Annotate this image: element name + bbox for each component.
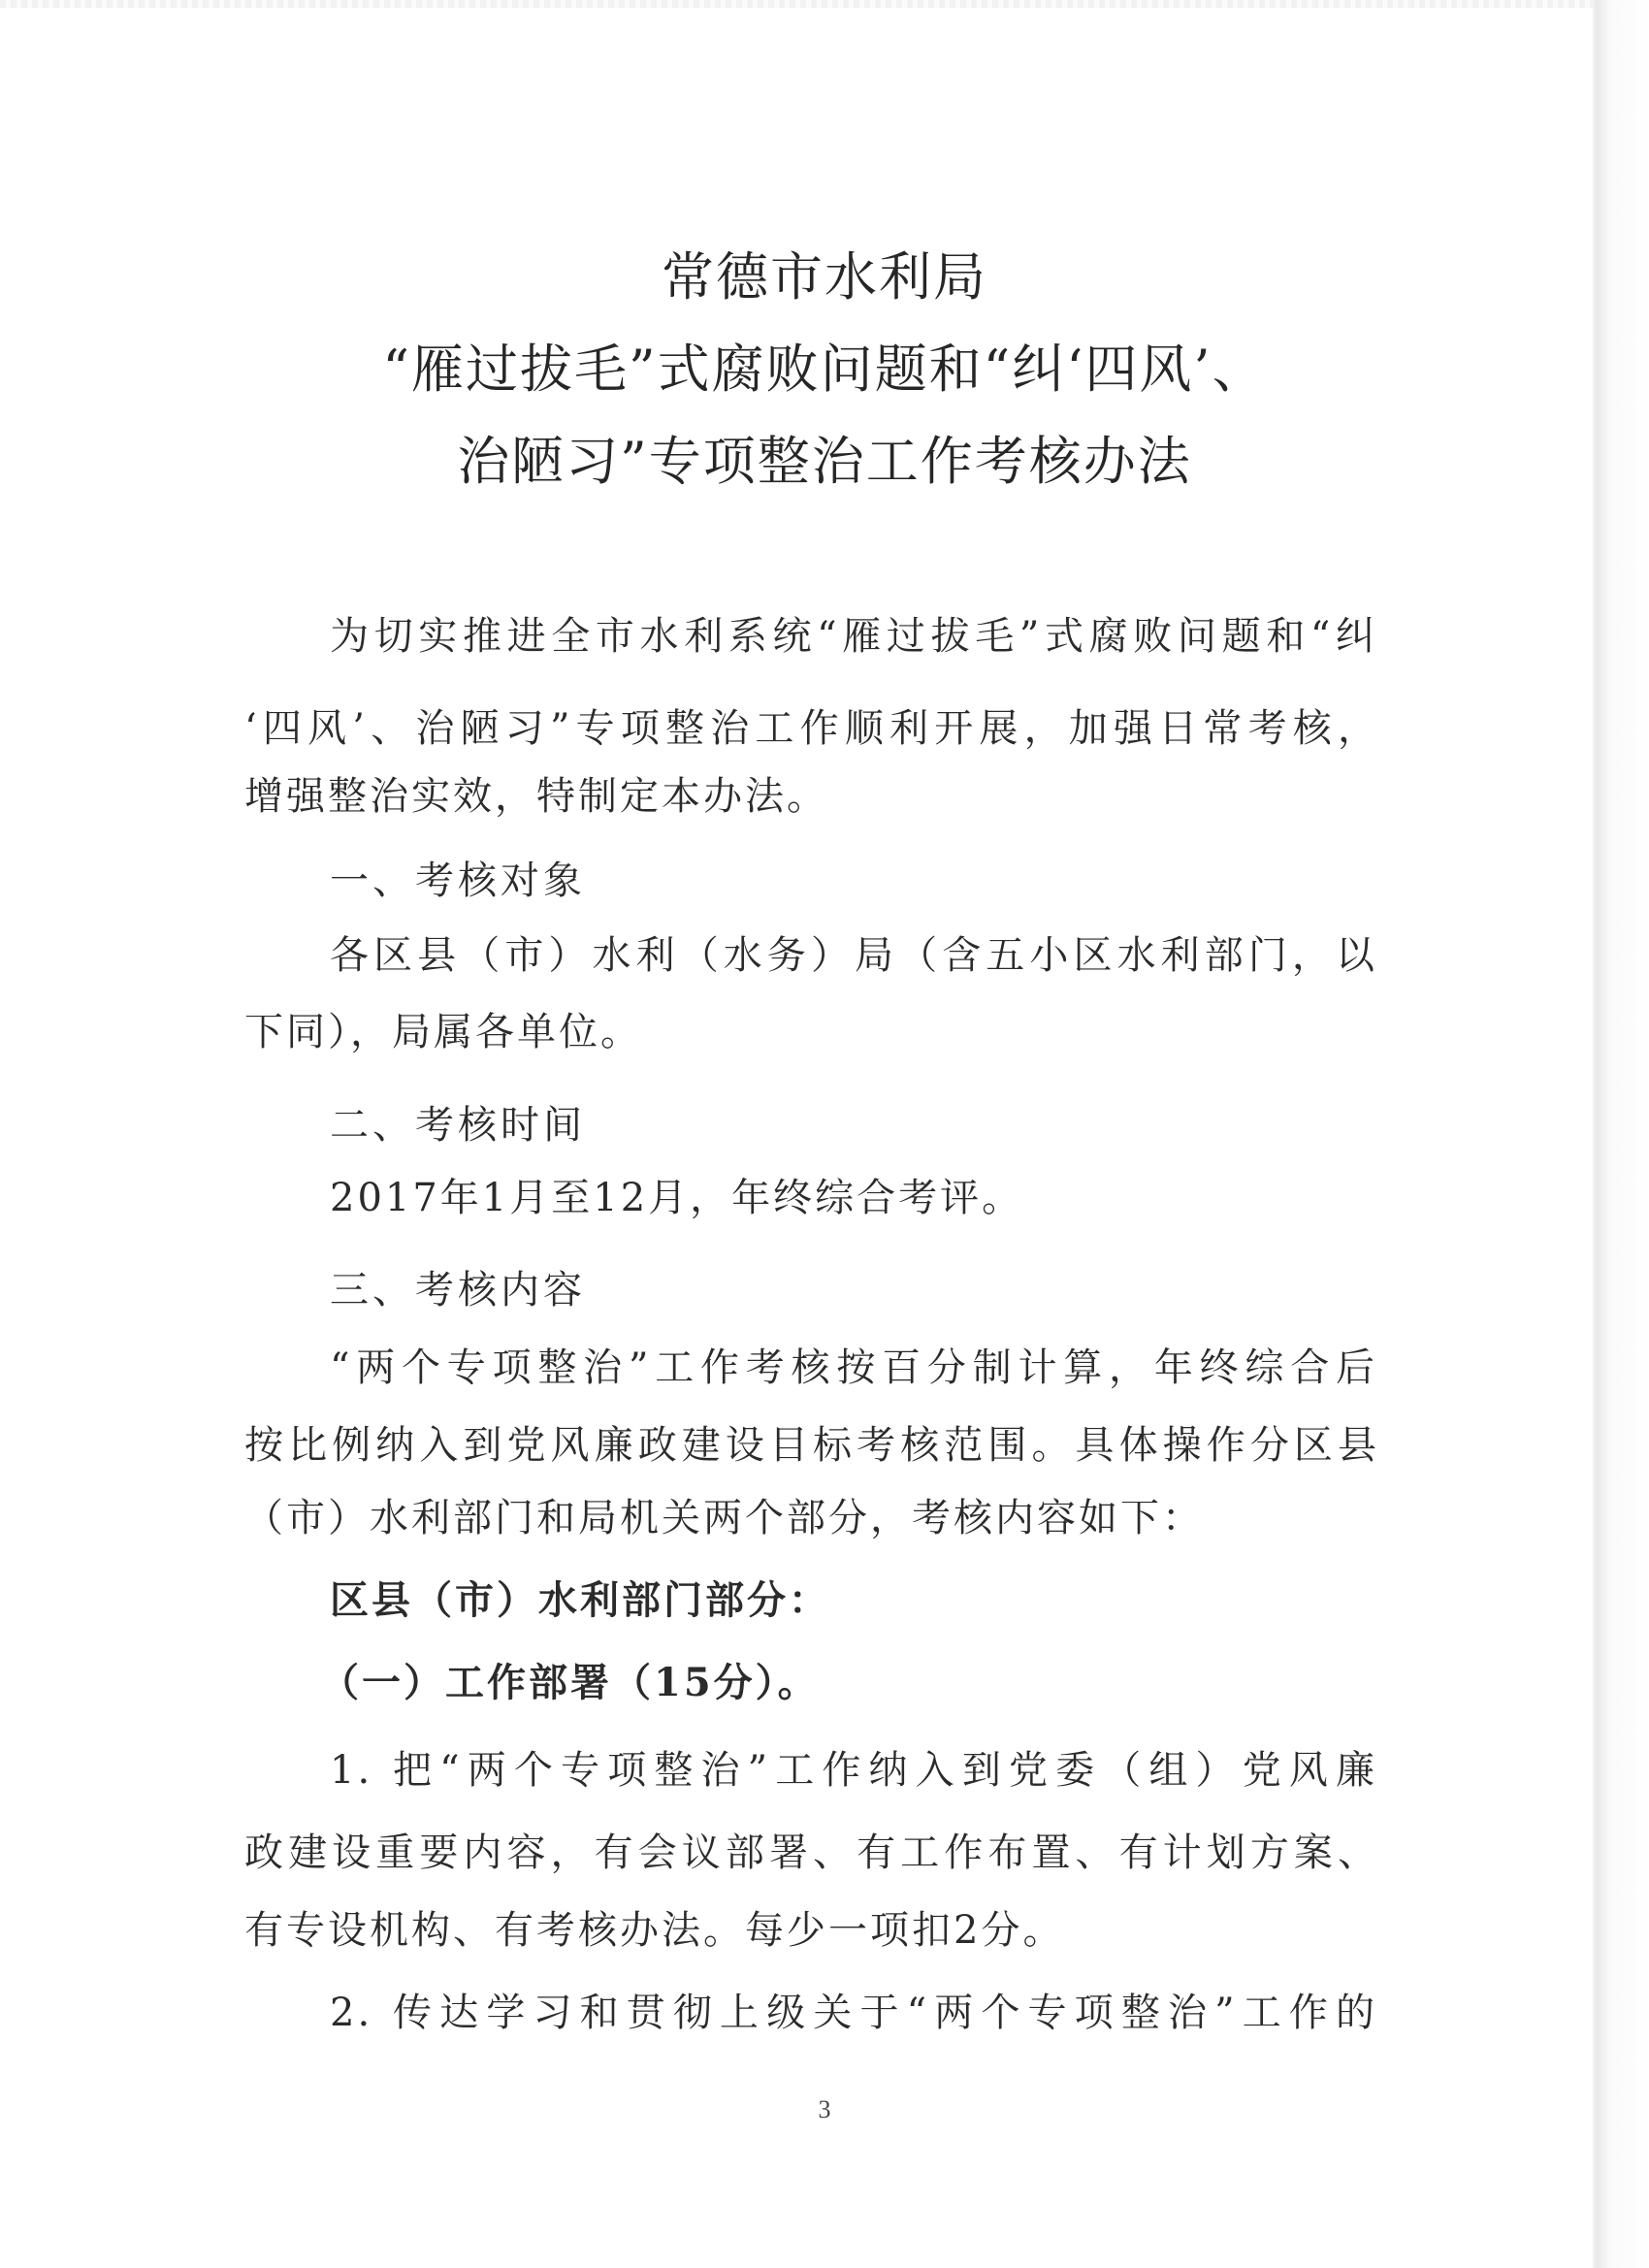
item1-line-2: 政建设重要内容，有会议部署、有工作布置、有计划方案、	[244, 1830, 1379, 1876]
item-heading-work-deployment: （一）工作部署（15分）。	[320, 1660, 1368, 1706]
title-line-1: 常德市水利局	[0, 231, 1649, 323]
section3-line-3: （市）水利部门和局机关两个部分，考核内容如下：	[244, 1495, 1379, 1541]
section-heading-2: 二、考核时间	[330, 1102, 1377, 1149]
document-title: 常德市水利局 “雁过拔毛”式腐败问题和“纠‘四风’、 治陋习”专项整治工作考核办…	[0, 231, 1649, 507]
scan-edge-top	[0, 0, 1600, 8]
section1-line-2: 下同），局属各单位。	[244, 1009, 1379, 1055]
item2-line-1: 2. 传达学习和贯彻上级关于“两个专项整治”工作的	[330, 1990, 1377, 2036]
intro-line-1: 为切实推进全市水利系统“雁过拔毛”式腐败问题和“纠	[330, 613, 1377, 660]
item1-line-3: 有专设机构、有考核办法。每少一项扣2分。	[244, 1907, 1379, 1954]
section3-line-1: “两个专项整治”工作考核按百分制计算，年终综合后	[330, 1345, 1377, 1391]
section-heading-1: 一、考核对象	[330, 858, 1377, 904]
subheading-county-departments: 区县（市）水利部门部分：	[330, 1577, 1377, 1624]
section-heading-3: 三、考核内容	[330, 1267, 1377, 1313]
item1-line-1: 1. 把“两个专项整治”工作纳入到党委（组）党风廉	[330, 1747, 1377, 1794]
section3-line-2: 按比例纳入到党风廉政建设目标考核范围。具体操作分区县	[244, 1422, 1379, 1469]
section2-line-1: 2017年1月至12月，年终综合考评。	[330, 1175, 1377, 1221]
section1-line-1: 各区县（市）水利（水务）局（含五小区水利部门，以	[330, 932, 1377, 979]
intro-line-2: ‘四风’、治陋习”专项整治工作顺利开展，加强日常考核，	[244, 705, 1379, 752]
title-line-3: 治陋习”专项整治工作考核办法	[0, 415, 1649, 507]
intro-line-3: 增强整治实效，特制定本办法。	[244, 773, 1379, 820]
page-number: 3	[0, 2095, 1649, 2124]
title-line-2: “雁过拔毛”式腐败问题和“纠‘四风’、	[0, 323, 1649, 415]
